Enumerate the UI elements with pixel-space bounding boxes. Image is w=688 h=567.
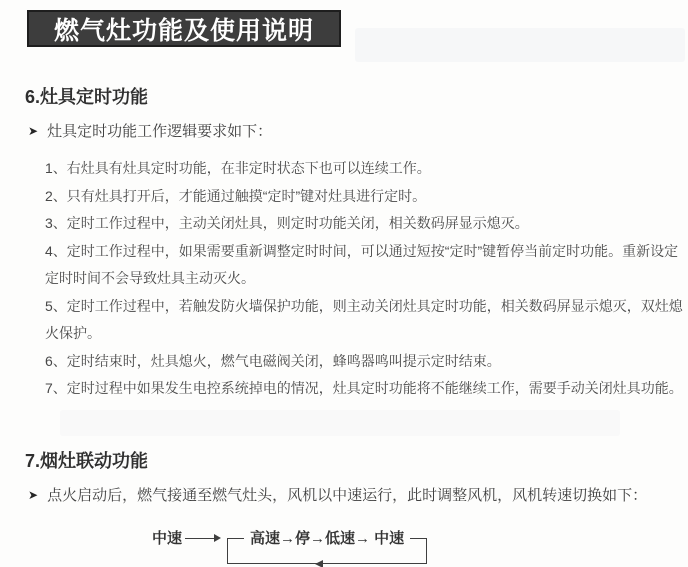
page-title-bar: 燃气灶功能及使用说明: [27, 10, 341, 47]
section-hood-stove-linkage: 7.烟灶联动功能 ➤ 点火启动后，燃气接通至燃气灶头，风机以中速运行，此时调整风…: [0, 447, 688, 566]
timer-rule-line: 火保护。: [45, 320, 688, 348]
section-timer-function: 6.灶具定时功能 ➤ 灶具定时功能工作逻辑要求如下： 1、右灶具有灶具定时功能，…: [0, 83, 688, 403]
timer-rule-list: 1、右灶具有灶具定时功能，在非定时状态下也可以连续工作。 2、只有灶具打开后，才…: [45, 155, 688, 403]
arrow-right-icon: [185, 538, 219, 539]
diagram-loop-top: 高速→停→低速→ 中速: [227, 528, 427, 550]
arrow-left-icon: [315, 560, 323, 567]
timer-rule-line: 2、只有灶具打开后，才能通过触摸“定时”键对灶具进行定时。: [45, 183, 688, 211]
scan-artifact: [355, 28, 685, 62]
manual-page: 燃气灶功能及使用说明 6.灶具定时功能 ➤ 灶具定时功能工作逻辑要求如下： 1、…: [0, 0, 688, 567]
section7-heading: 7.烟灶联动功能: [25, 447, 688, 473]
arrow-bullet-icon: ➤: [28, 121, 38, 142]
timer-rule-line: 1、右灶具有灶具定时功能，在非定时状态下也可以连续工作。: [45, 155, 688, 183]
page-title: 燃气灶功能及使用说明: [54, 11, 314, 47]
section7-intro-row: ➤ 点火启动后，燃气接通至燃气灶头，风机以中速运行，此时调整风机，风机转速切换如…: [28, 485, 688, 506]
timer-rule-line: 7、定时过程中如果发生电控系统掉电的情况，灶具定时功能将不能继续工作，需要手动关…: [45, 375, 688, 403]
diagram-start-label: 中速: [152, 528, 182, 550]
fan-speed-cycle-diagram: 中速 高速→停→低速→ 中速: [152, 528, 688, 566]
loop-line-left: [227, 538, 244, 539]
section6-intro: 灶具定时功能工作逻辑要求如下：: [47, 121, 272, 142]
scan-artifact: [60, 410, 620, 436]
diagram-sequence-label: 高速→停→低速→ 中速: [244, 528, 410, 550]
timer-rule-line: 6、定时结束时，灶具熄火，燃气电磁阀关闭，蜂鸣器鸣叫提示定时结束。: [45, 348, 688, 376]
timer-rule-line: 定时时间不会导致灶具主动灭火。: [45, 265, 688, 293]
diagram-loop-frame: 高速→停→低速→ 中速: [227, 528, 427, 566]
timer-rule-line: 3、定时工作过程中，主动关闭灶具，则定时功能关闭，相关数码屏显示熄灭。: [45, 210, 688, 238]
section7-intro: 点火启动后，燃气接通至燃气灶头，风机以中速运行，此时调整风机，风机转速切换如下：: [47, 485, 647, 506]
timer-rule-line: 5、定时工作过程中，若触发防火墙保护功能，则主动关闭灶具定时功能，相关数码屏显示…: [45, 293, 688, 321]
loop-line-right: [410, 538, 427, 539]
arrow-bullet-icon: ➤: [28, 485, 38, 506]
section6-intro-row: ➤ 灶具定时功能工作逻辑要求如下：: [28, 121, 688, 142]
timer-rule-line: 4、定时工作过程中，如果需要重新调整定时时间，可以通过短按“定时”键暂停当前定时…: [45, 238, 688, 266]
section6-heading: 6.灶具定时功能: [25, 83, 688, 109]
